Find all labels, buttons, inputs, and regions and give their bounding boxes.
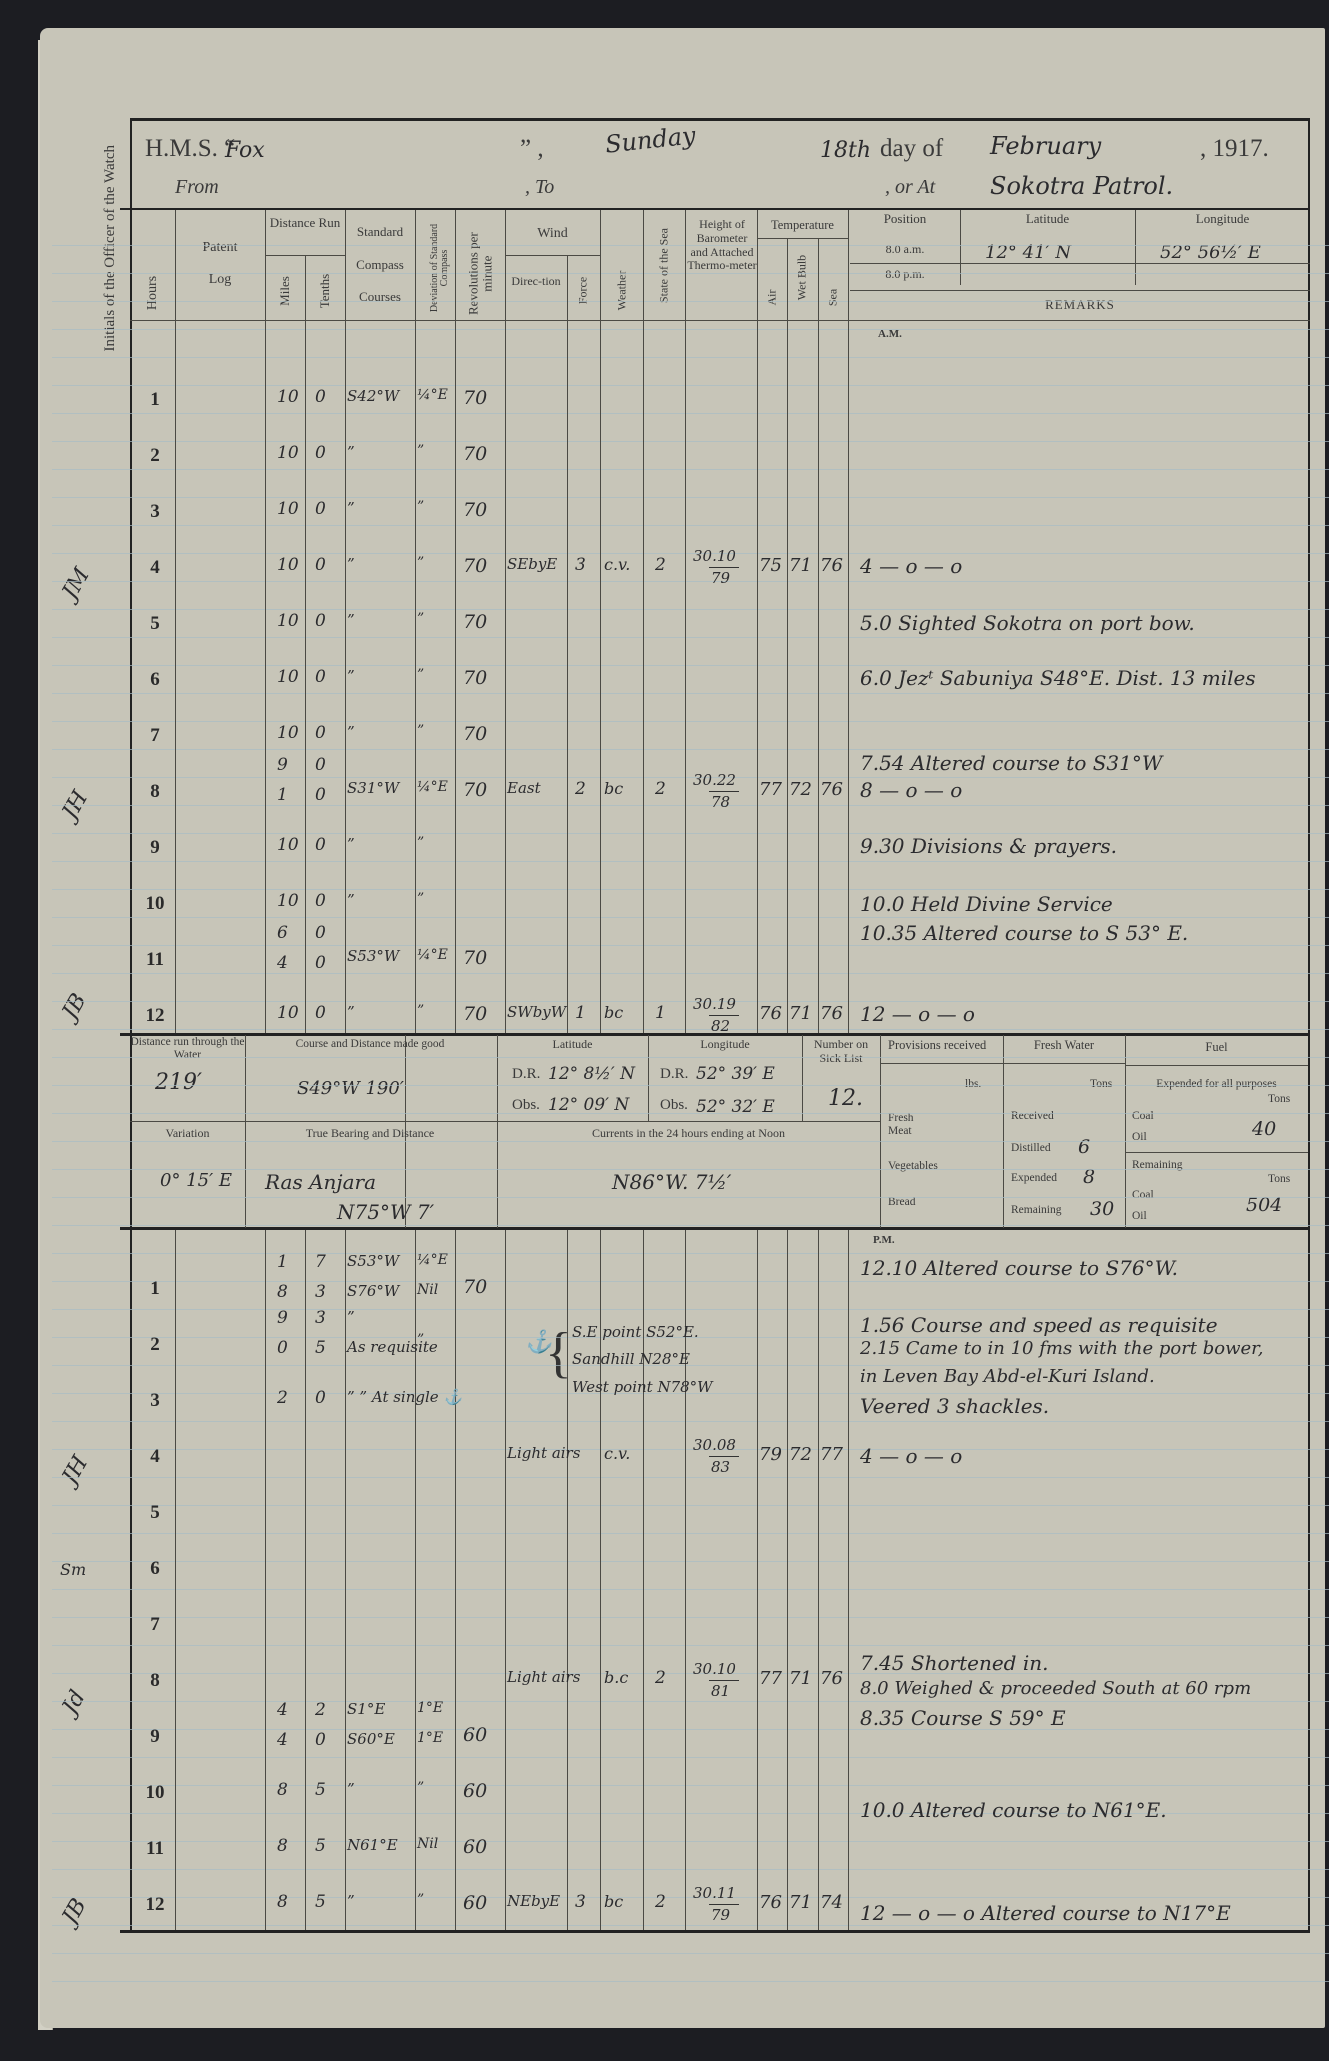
- am-wet: 71: [789, 1003, 812, 1024]
- pm-tenths: 5: [315, 1892, 326, 1912]
- frame-bottom: [120, 1930, 1310, 1933]
- ruled-line: [52, 301, 1329, 302]
- column-line-am: [685, 210, 686, 1033]
- ruled-line: [52, 693, 1329, 694]
- ruled-line: [52, 1449, 1329, 1450]
- water-tons: Tons: [1090, 1078, 1112, 1090]
- true-bearing-place: Ras Anjara: [265, 1170, 376, 1194]
- provisions-lbs: lbs.: [965, 1078, 981, 1090]
- am-course: ”: [347, 443, 355, 461]
- am-tenths: 0: [315, 785, 326, 805]
- am-seatemp: 76: [820, 555, 843, 576]
- ruled-line: [52, 1953, 1329, 1954]
- pm-remark: 1.56 Course and speed as requisite: [860, 1313, 1218, 1337]
- ruled-line: [52, 385, 1329, 386]
- am-course: ”: [347, 667, 355, 685]
- pm-remark: 7.45 Shortened in.: [860, 1651, 1048, 1675]
- pm-remark: 10.0 Altered course to N61°E.: [860, 1798, 1167, 1822]
- pm-course: ”: [347, 1780, 355, 1798]
- pm-weather: bc: [604, 1892, 623, 1911]
- ruled-line: [52, 553, 1329, 554]
- am-miles: 10: [277, 611, 299, 631]
- am-weather: c.v.: [604, 555, 630, 574]
- pm-remark: 8.0 Weighed & proceeded South at 60 rpm: [860, 1678, 1251, 1699]
- column-line-am: [415, 210, 416, 1033]
- ruled-line: [52, 1085, 1329, 1086]
- am-revs: 70: [463, 1003, 487, 1025]
- ruled-line: [52, 469, 1329, 470]
- pm-course: S1°E: [347, 1700, 385, 1718]
- pm-wind_dir: Light airs: [507, 1668, 580, 1686]
- ruled-line: [52, 749, 1329, 750]
- am-baro-rule: [709, 1015, 739, 1016]
- ruled-line: [52, 1561, 1329, 1562]
- am-thermometer: 82: [711, 1017, 730, 1035]
- column-line-am: [265, 210, 266, 1033]
- variation-value: 0° 15′ E: [160, 1170, 232, 1191]
- latitude-label: Latitude: [960, 212, 1135, 227]
- am-weather: bc: [604, 779, 623, 798]
- ruled-line: [52, 1757, 1329, 1758]
- pm-hour-9: 9: [140, 1726, 170, 1748]
- am-dev: ”: [417, 667, 424, 683]
- am-tenths: 0: [315, 667, 326, 687]
- ruled-line: [52, 329, 1329, 330]
- water-remaining-label: Remaining: [1011, 1204, 1061, 1216]
- pm-tenths: 5: [315, 1836, 326, 1856]
- am-course: S53°W: [347, 947, 399, 965]
- lon-dr-value: 52° 39′ E: [696, 1064, 775, 1084]
- pm-hour-11: 11: [140, 1838, 170, 1860]
- pm-course: ”: [347, 1892, 355, 1910]
- pm-hour-10: 10: [140, 1782, 170, 1804]
- col-force: Force: [576, 261, 591, 321]
- am-miles: 10: [277, 387, 299, 407]
- sick-list-value: 12.: [828, 1086, 863, 1111]
- am-tenths: 0: [315, 499, 326, 519]
- ruled-line: [52, 357, 1329, 358]
- pm-course: ” ” At single ⚓: [347, 1388, 457, 1406]
- col-compass: Compass: [345, 258, 415, 273]
- pm-remark: 2.15 Came to in 10 fms with the port bow…: [860, 1338, 1264, 1359]
- pm-tenths: 2: [315, 1700, 326, 1720]
- column-line-am: [818, 238, 819, 1033]
- pm-dev: ¼°E: [417, 1252, 448, 1268]
- am-tenths: 0: [315, 835, 326, 855]
- ruled-line: [52, 1001, 1329, 1002]
- longitude-label: Longitude: [1135, 212, 1310, 227]
- column-line-am: [345, 210, 346, 1033]
- signature-6pm: Sm: [60, 1560, 120, 1600]
- am-hour-3: 3: [140, 501, 170, 523]
- col-weather: Weather: [615, 261, 630, 321]
- am-hour-8: 8: [140, 781, 170, 803]
- true-bearing-label: True Bearing and Distance: [245, 1127, 495, 1141]
- am-remark: 5.0 Sighted Sokotra on port bow.: [860, 611, 1195, 635]
- pm-thermometer: 81: [711, 1682, 730, 1700]
- pm-seatemp: 77: [820, 1444, 843, 1465]
- pm-dev: 1°E: [417, 1730, 443, 1746]
- pm-revs: 60: [463, 1724, 487, 1746]
- pm-tenths: 0: [315, 1730, 326, 1750]
- am-revs: 70: [463, 779, 487, 801]
- position-8pm: 8.0 p.m.: [850, 268, 960, 282]
- pm-wet: 72: [789, 1444, 812, 1465]
- am-force: 3: [575, 555, 586, 575]
- pm-seatemp: 76: [820, 1668, 843, 1689]
- am-weather: bc: [604, 1003, 623, 1022]
- col-log: Log: [175, 272, 265, 288]
- am-dev: ”: [417, 835, 424, 851]
- am-dev: ”: [417, 555, 424, 571]
- am-miles: 10: [277, 555, 299, 575]
- lat-obs-label: Obs.: [512, 1097, 540, 1114]
- ruled-line: [52, 1729, 1329, 1730]
- pm-sea: 2: [655, 1892, 666, 1912]
- col-standard: Standard: [345, 225, 415, 240]
- ruled-line: [52, 1225, 1329, 1226]
- pm-baro-rule: [709, 1904, 739, 1905]
- am-hour-5: 5: [140, 613, 170, 635]
- ruled-line: [52, 1869, 1329, 1870]
- pm-hour-8: 8: [140, 1670, 170, 1692]
- am-miles: 4: [277, 953, 288, 973]
- pm-wind_dir: Light airs: [507, 1444, 580, 1462]
- am-seatemp: 76: [820, 1003, 843, 1024]
- pm-hour-6: 6: [140, 1558, 170, 1580]
- frame-left: [130, 118, 132, 1930]
- pm-course: S76°W: [347, 1282, 399, 1300]
- column-line-pm: [757, 1230, 758, 1930]
- am-barometer: 30.19: [693, 995, 736, 1013]
- fuel-label: Fuel: [1125, 1040, 1308, 1054]
- ruled-line: [52, 1421, 1329, 1422]
- fuel-remaining-coal: Coal: [1132, 1189, 1154, 1201]
- header-bottom-rule: [130, 320, 1310, 321]
- am-hour-11: 11: [140, 949, 170, 971]
- am-revs: 70: [463, 667, 487, 689]
- noon-mid-rule: [130, 1121, 880, 1122]
- am-barometer: 30.22: [693, 771, 736, 789]
- col-air: Air: [765, 273, 780, 323]
- pm-tenths: 5: [315, 1338, 326, 1358]
- am-revs: 70: [463, 611, 487, 633]
- pm-baro-rule: [709, 1456, 739, 1457]
- ruled-line: [52, 1617, 1329, 1618]
- ruled-line: [52, 497, 1329, 498]
- ship-suffix: ” ,: [520, 135, 544, 163]
- pm-miles: 1: [277, 1252, 288, 1272]
- pm-barometer: 30.08: [693, 1436, 736, 1454]
- am-revs: 70: [463, 387, 487, 409]
- am-barometer: 30.10: [693, 547, 736, 565]
- pm-dev: 1°E: [417, 1700, 443, 1716]
- to-label: , To: [525, 176, 554, 199]
- am-course: ”: [347, 835, 355, 853]
- pm-remark: 8.35 Course S 59° E: [860, 1706, 1066, 1730]
- ruled-line: [52, 833, 1329, 834]
- am-baro-rule: [709, 567, 739, 568]
- ruled-line: [52, 1925, 1329, 1926]
- pm-hour-1: 1: [140, 1278, 170, 1300]
- am-sea: 2: [655, 555, 666, 575]
- pm-course: S60°E: [347, 1730, 395, 1748]
- pm-dev: Nil: [417, 1836, 438, 1852]
- fresh-water-label: Fresh Water: [1003, 1038, 1125, 1052]
- am-sea: 2: [655, 779, 666, 799]
- am-sea: 1: [655, 1003, 666, 1023]
- water-received-label: Received: [1011, 1110, 1054, 1122]
- am-remark: 6.0 Jezᵗ Sabuniya S48°E. Dist. 13 miles: [860, 666, 1256, 690]
- column-line-pm: [345, 1230, 346, 1930]
- am-course: ”: [347, 1003, 355, 1021]
- from-label: From: [175, 176, 219, 199]
- am-wind_dir: SWbyW: [507, 1003, 566, 1021]
- temperature-rule: [757, 238, 848, 239]
- col-tenths: Tenths: [317, 261, 333, 321]
- water-distilled-label: Distilled: [1011, 1142, 1051, 1154]
- am-wind_dir: SEbyE: [507, 555, 557, 573]
- am-tenths: 0: [315, 723, 326, 743]
- noon-bottom-rule: [120, 1227, 1310, 1230]
- pm-barometer: 30.11: [693, 1884, 736, 1902]
- am-hour-7: 7: [140, 725, 170, 747]
- pm-miles: 4: [277, 1730, 288, 1750]
- am-dev: ”: [417, 443, 424, 459]
- column-line-pm: [567, 1230, 568, 1930]
- frame-top: [130, 118, 1310, 121]
- am-course: ”: [347, 891, 355, 909]
- am-revs: 70: [463, 723, 487, 745]
- pm-miles: 8: [277, 1780, 288, 1800]
- column-line-am: [567, 255, 568, 1033]
- pm-hour-7: 7: [140, 1614, 170, 1636]
- pm-tenths: 0: [315, 1388, 326, 1408]
- pm-thermometer: 83: [711, 1458, 730, 1476]
- am-remark: 10.35 Altered course to S 53° E.: [860, 921, 1188, 945]
- ruled-line: [52, 1197, 1329, 1198]
- am-dev: ”: [417, 1003, 424, 1019]
- pm-revs: 60: [463, 1892, 487, 1914]
- am-course: ”: [347, 611, 355, 629]
- true-bearing-value: N75°W 7′: [337, 1200, 434, 1224]
- am-thermometer: 79: [711, 569, 730, 587]
- am-hour-9: 9: [140, 837, 170, 859]
- am-revs: 70: [463, 499, 487, 521]
- col-miles: Miles: [277, 261, 293, 321]
- course-made-good-value: S49°W 190′: [297, 1078, 404, 1099]
- am-force: 1: [575, 1003, 586, 1023]
- ruled-line: [52, 1673, 1329, 1674]
- am-tenths: 0: [315, 387, 326, 407]
- pm-remark: Veered 3 shackles.: [860, 1394, 1049, 1418]
- column-line-pm: [415, 1230, 416, 1930]
- vegetables-label: Vegetables: [888, 1160, 938, 1172]
- pm-miles: 8: [277, 1282, 288, 1302]
- ruled-line: [52, 637, 1329, 638]
- am-course: ”: [347, 723, 355, 741]
- ruled-line: [52, 441, 1329, 442]
- am-hour-4: 4: [140, 557, 170, 579]
- ruled-line: [52, 1841, 1329, 1842]
- noon-lat-label: Latitude: [497, 1038, 648, 1052]
- pm-tenths: 5: [315, 1780, 326, 1800]
- am-tenths: 0: [315, 611, 326, 631]
- ruled-line: [52, 525, 1329, 526]
- am-hour-1: 1: [140, 389, 170, 411]
- pm-wind_dir: NEbyE: [507, 1892, 560, 1910]
- am-course: ”: [347, 499, 355, 517]
- am-tenths: 0: [315, 953, 326, 973]
- am-dev: ”: [417, 611, 424, 627]
- am-miles: 10: [277, 723, 299, 743]
- am-tenths: 0: [315, 891, 326, 911]
- ruled-line: [52, 1785, 1329, 1786]
- pm-thermometer: 79: [711, 1906, 730, 1924]
- or-at-label: , or At: [885, 176, 935, 199]
- column-line-pm: [175, 1230, 176, 1930]
- am-dev: ”: [417, 499, 424, 515]
- am-course: ”: [347, 555, 355, 573]
- am-remark: 9.30 Divisions & prayers.: [860, 834, 1117, 858]
- ruled-line: [52, 889, 1329, 890]
- col-state-of-sea: State of the Sea: [657, 226, 672, 306]
- provisions-label: Provisions received: [888, 1038, 986, 1053]
- pm-revs: 60: [463, 1780, 487, 1802]
- ruled-line: [52, 1505, 1329, 1506]
- pm-air: 76: [759, 1892, 782, 1913]
- am-revs: 70: [463, 947, 487, 969]
- column-line-am: [848, 210, 849, 1033]
- lat-dr-value: 12° 8½′ N: [548, 1064, 635, 1084]
- pm-revs: 70: [463, 1276, 487, 1298]
- fresh-meat-label: Fresh Meat: [888, 1112, 928, 1137]
- ruled-line: [52, 273, 1329, 274]
- pm-course: ”: [347, 1308, 355, 1326]
- am-miles: 10: [277, 891, 299, 911]
- anchor-bearing: West point N78°W: [572, 1378, 713, 1396]
- pm-dev: ”: [417, 1892, 424, 1908]
- col-temperature: Temperature: [757, 218, 848, 232]
- ruled-line: [52, 917, 1329, 918]
- am-air: 75: [759, 555, 782, 576]
- ruled-line: [52, 1589, 1329, 1590]
- ruled-line: [52, 973, 1329, 974]
- lat-obs-value: 12° 09′ N: [548, 1095, 629, 1115]
- am-miles: 10: [277, 443, 299, 463]
- column-line-pm: [505, 1230, 506, 1930]
- ruled-line: [52, 1029, 1329, 1030]
- fuel-expended-coal: Coal: [1132, 1110, 1154, 1122]
- column-line-am: [175, 210, 176, 1033]
- wind-rule: [505, 255, 600, 256]
- ruled-line: [52, 1253, 1329, 1254]
- col-wet-bulb: Wet Bulb: [795, 248, 810, 308]
- am-miles: 10: [277, 499, 299, 519]
- ruled-line: [52, 1701, 1329, 1702]
- am-tenths: 0: [315, 923, 326, 943]
- column-line-pm: [305, 1230, 306, 1930]
- lon-dr-label: D.R.: [660, 1066, 688, 1083]
- pm-miles: 9: [277, 1308, 288, 1328]
- ruled-line: [52, 413, 1329, 414]
- pm-remark: 12.10 Altered course to S76°W.: [860, 1256, 1178, 1280]
- oil-expended-value: 40: [1252, 1118, 1276, 1140]
- fuel-remaining-oil: Oil: [1132, 1210, 1147, 1222]
- pm-force: 3: [575, 1892, 586, 1912]
- pm-hour-4: 4: [140, 1446, 170, 1468]
- header-rule: [120, 208, 1310, 210]
- am-tenths: 0: [315, 443, 326, 463]
- am-miles: 9: [277, 755, 288, 775]
- am-hour-2: 2: [140, 445, 170, 467]
- fuel-expended-tons: Tons: [1268, 1093, 1290, 1105]
- ruled-line: [52, 1477, 1329, 1478]
- am-course: S31°W: [347, 779, 399, 797]
- ruled-line: [52, 609, 1329, 610]
- noon-div-7: [1125, 1035, 1126, 1228]
- am-seatemp: 76: [820, 779, 843, 800]
- column-line-am: [787, 238, 788, 1033]
- am-tenths: 0: [315, 555, 326, 575]
- am-hour-6: 6: [140, 669, 170, 691]
- am-air: 76: [759, 1003, 782, 1024]
- column-line-am: [643, 210, 644, 1033]
- anchor-bearing: S.E point S52°E.: [572, 1323, 699, 1341]
- noon-lon-label: Longitude: [648, 1038, 802, 1052]
- pm-dev: Nil: [417, 1282, 438, 1298]
- pm-miles: 4: [277, 1700, 288, 1720]
- anchor-bearing: Sandhill N28°E: [572, 1350, 690, 1368]
- am-hour-10: 10: [140, 893, 170, 915]
- ship-name: Fox: [225, 138, 265, 163]
- ruled-line: [52, 945, 1329, 946]
- pm-seatemp: 74: [820, 1892, 843, 1913]
- pm-tenths: 3: [315, 1282, 326, 1302]
- am-dev: ¼°E: [417, 779, 448, 795]
- ruled-line: [52, 245, 1329, 246]
- am-baro-rule: [709, 791, 739, 792]
- pm-course: N61°E: [347, 1836, 398, 1854]
- am-miles: 10: [277, 1003, 299, 1023]
- col-sea: Sea: [826, 273, 841, 323]
- pm-dev: ”: [417, 1780, 424, 1796]
- provisions-rule: [880, 1063, 1003, 1064]
- distance-value: 219′: [155, 1070, 202, 1095]
- ruled-line: [52, 1169, 1329, 1170]
- pm-weather: c.v.: [604, 1444, 630, 1463]
- column-line-am: [600, 210, 601, 1033]
- pm-sea: 2: [655, 1668, 666, 1688]
- ruled-line: [52, 861, 1329, 862]
- am-tenths: 0: [315, 755, 326, 775]
- pm-course: S53°W: [347, 1252, 399, 1270]
- column-line-am: [305, 255, 306, 1033]
- currents-label: Currents in the 24 hours ending at Noon: [497, 1127, 880, 1141]
- ruled-line: [52, 777, 1329, 778]
- fuel-mid-rule: [1125, 1152, 1308, 1153]
- position-label: Position: [850, 212, 960, 227]
- am-miles: 10: [277, 667, 299, 687]
- am-course: S42°W: [347, 387, 399, 405]
- year: , 1917.: [1200, 135, 1269, 163]
- am-tenths: 0: [315, 1003, 326, 1023]
- am-dev: ¼°E: [417, 387, 448, 403]
- pm-miles: 0: [277, 1338, 288, 1358]
- column-line-am: [455, 210, 456, 1033]
- am-miles: 10: [277, 835, 299, 855]
- location: Sokotra Patrol.: [990, 172, 1173, 200]
